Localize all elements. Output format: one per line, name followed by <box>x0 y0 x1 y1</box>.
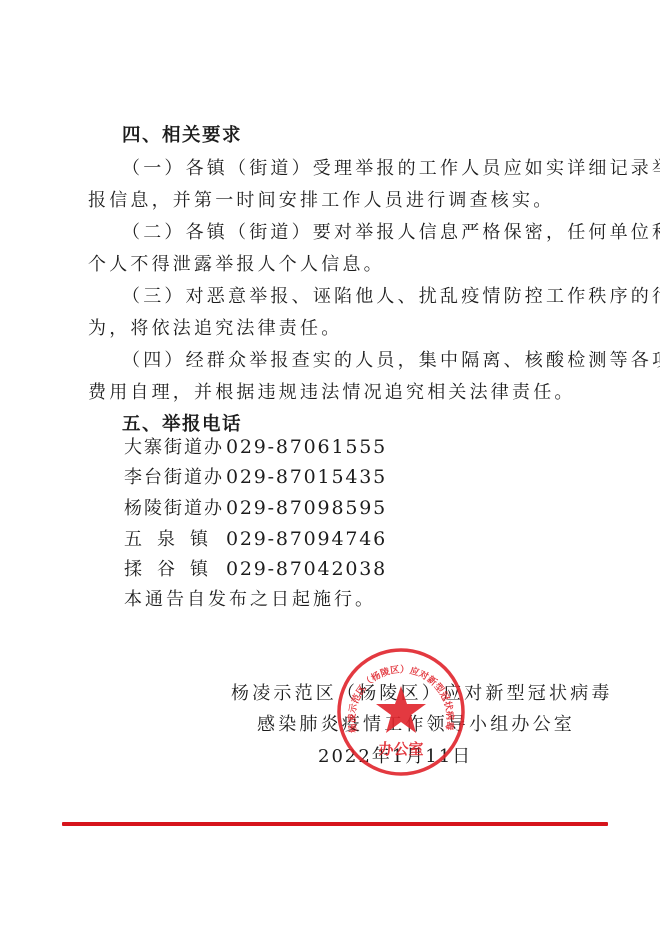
paragraph-2-line-1: （二）各镇（街道）要对举报人信息严格保密，任何单位和 <box>122 222 580 244</box>
office-name: 五泉镇 <box>124 529 220 551</box>
phone-row-dazhai: 大寨街道办029-87061555 <box>124 436 387 459</box>
office-name: 揉谷镇 <box>124 559 220 581</box>
paragraph-4-line-1: （四）经群众举报查实的人员，集中隔离、核酸检测等各项 <box>122 350 580 372</box>
phone-number: 029-87015435 <box>226 466 387 488</box>
paragraph-3-line-2: 为，将依法追究法律责任。 <box>88 318 580 340</box>
paragraph-2-line-2: 个人不得泄露举报人个人信息。 <box>88 254 580 276</box>
phone-row-wuquan: 五泉镇029-87094746 <box>124 528 387 551</box>
phone-number: 029-87098595 <box>226 497 387 519</box>
section-heading-hotlines: 五、举报电话 <box>122 414 614 436</box>
office-name: 大寨街道办 <box>124 437 220 459</box>
svg-text:办公室: 办公室 <box>378 740 423 758</box>
phone-number: 029-87094746 <box>226 528 387 550</box>
office-name: 杨陵街道办 <box>124 498 220 520</box>
phone-number: 029-87042038 <box>226 558 387 580</box>
office-name: 李台街道办 <box>124 467 220 489</box>
phone-row-litai: 李台街道办029-87015435 <box>124 466 387 489</box>
paragraph-3-line-1: （三）对恶意举报、诬陷他人、扰乱疫情防控工作秩序的行 <box>122 286 580 308</box>
red-divider-rule <box>62 822 608 826</box>
phone-row-rougu: 揉谷镇029-87042038 <box>124 558 387 581</box>
paragraph-4-line-2: 费用自理，并根据违规违法情况追究相关法律责任。 <box>88 382 580 404</box>
section-heading-requirements: 四、相关要求 <box>122 125 614 147</box>
effective-date-statement: 本通告自发布之日起施行。 <box>124 589 376 611</box>
phone-number: 029-87061555 <box>226 436 387 458</box>
official-seal-icon: 杨凌示范区（杨陵区）应对新型冠状病毒感染肺炎疫情工作领导小组 办公室 <box>335 646 467 778</box>
document-page: 四、相关要求 （一）各镇（街道）受理举报的工作人员应如实详细记录举 报信息，并第… <box>0 0 660 933</box>
phone-row-yangling: 杨陵街道办029-87098595 <box>124 497 387 520</box>
paragraph-1-line-1: （一）各镇（街道）受理举报的工作人员应如实详细记录举 <box>122 158 580 180</box>
paragraph-1-line-2: 报信息，并第一时间安排工作人员进行调查核实。 <box>88 190 580 212</box>
